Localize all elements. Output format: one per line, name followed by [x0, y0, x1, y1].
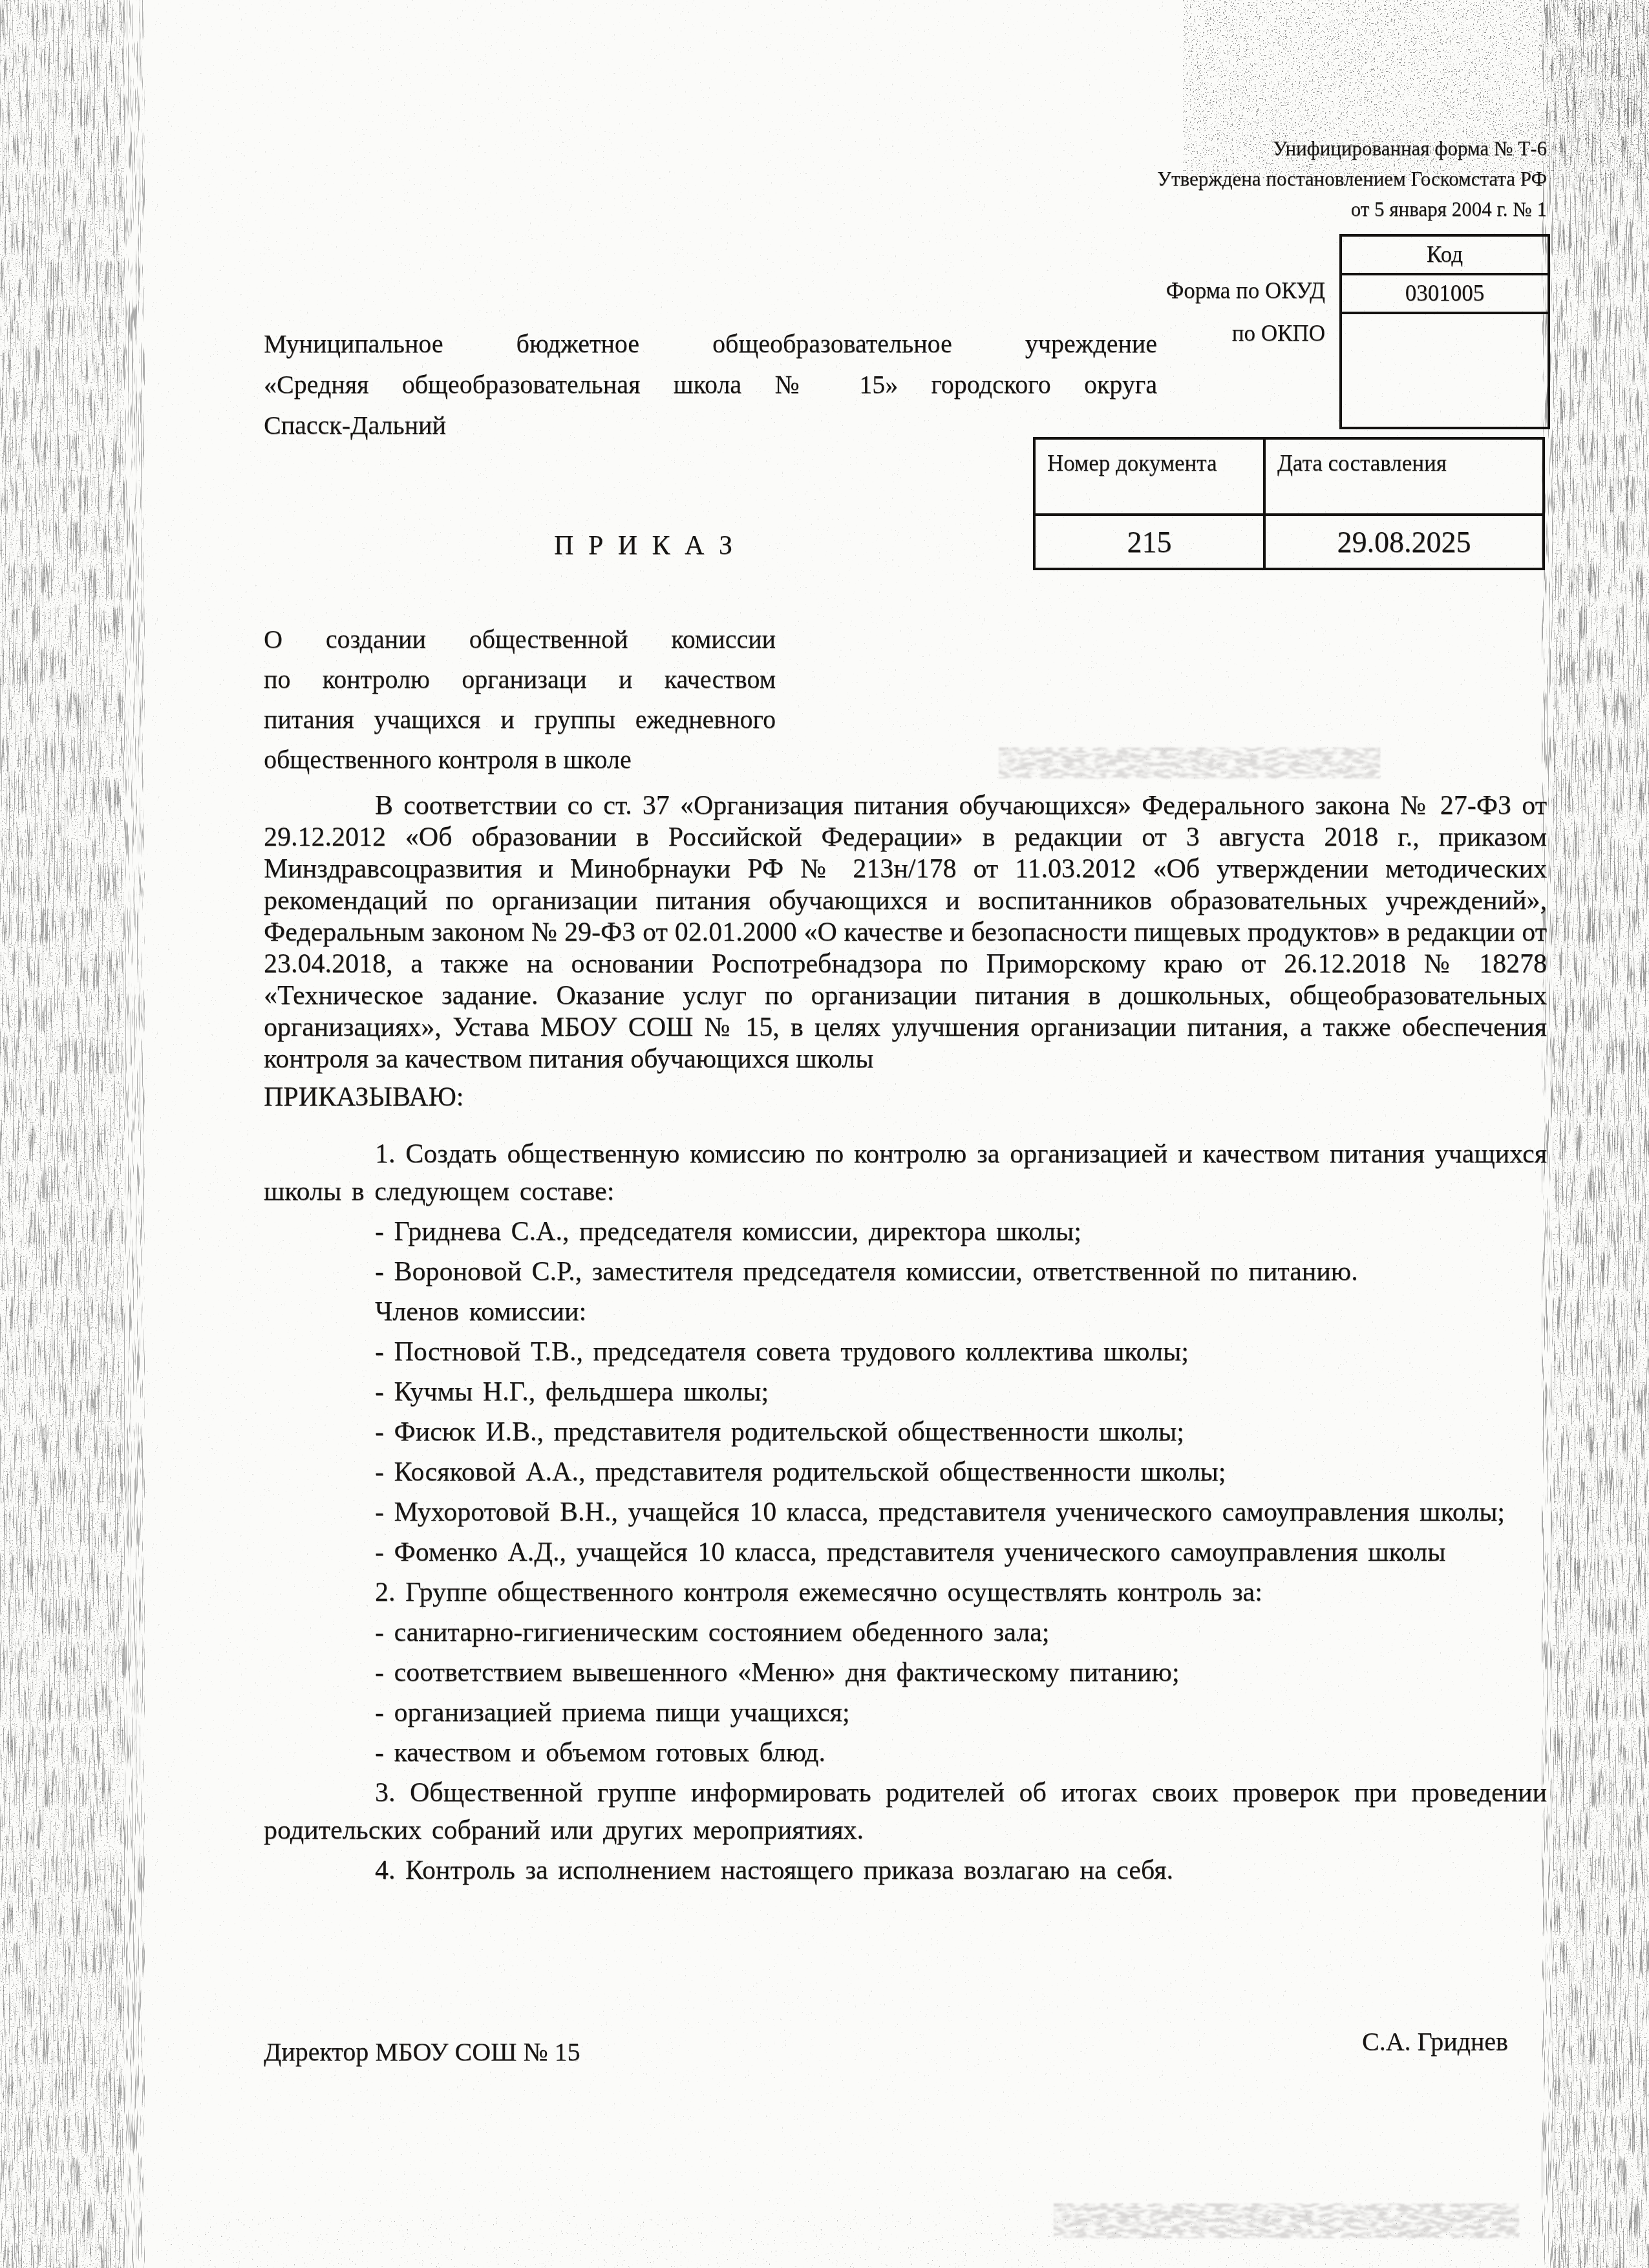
paragraph-member: - Гриднева С.А., председателя комиссии, … — [264, 1213, 1547, 1250]
okud-label: Форма по ОКУД — [937, 278, 1325, 304]
form-note-line: от 5 января 2004 г. № 1 — [763, 194, 1547, 224]
paragraph-item-4: 4. Контроль за исполнением настоящего пр… — [264, 1852, 1547, 1889]
paragraph-member: - Вороновой С.Р., заместителя председате… — [264, 1253, 1547, 1290]
paragraph-member: - Фоменко А.Д., учащейся 10 класса, пред… — [264, 1534, 1547, 1571]
paragraph-item-1: 1. Создать общественную комиссию по конт… — [264, 1135, 1547, 1210]
order-subject-line: общественного контроля в школе — [264, 740, 776, 780]
organization-name-line: «Средняя общеобразовательная школа № 15»… — [264, 364, 1157, 405]
scan-noise-left-streaks — [0, 0, 145, 2268]
document-info-table: Номер документа Дата составления 215 29.… — [1033, 437, 1545, 570]
paragraph-control-point: - санитарно-гигиеническим состоянием обе… — [264, 1614, 1547, 1651]
document-number-value: 215 — [1036, 513, 1263, 568]
scan-noise-right-streaks — [1542, 0, 1649, 2268]
paragraph-member: - Кучмы Н.Г., фельдшера школы; — [264, 1373, 1547, 1411]
paragraph-member: - Мухоротовой В.Н., учащейся 10 класса, … — [264, 1493, 1547, 1531]
document-date-header: Дата составления — [1263, 440, 1542, 513]
order-subject-line: питания учащихся и группы ежедневного — [264, 700, 776, 740]
organization-name-line: Спасск-Дальний — [264, 405, 1157, 445]
signature-block: Директор МБОУ СОШ № 15 С.А. Гриднев — [264, 2037, 1547, 2067]
paragraph-control-point: - организацией приема пищи учащихся; — [264, 1694, 1547, 1731]
paragraph-item-2: 2. Группе общественного контроля ежемеся… — [264, 1574, 1547, 1611]
scan-noise-right-speckle — [1553, 0, 1649, 2268]
form-note: Унифицированная форма № Т-6 Утверждена п… — [763, 133, 1547, 224]
form-note-line: Утверждена постановлением Госкомстата РФ — [763, 164, 1547, 194]
organization-name: Муниципальное бюджетное общеобразователь… — [264, 323, 1157, 445]
code-table: Код 0301005 — [1339, 234, 1550, 429]
form-note-line: Унифицированная форма № Т-6 — [763, 133, 1547, 164]
paragraph-member: - Косяковой А.А., представителя родитель… — [264, 1453, 1547, 1491]
paragraph-control-point: - качеством и объемом готовых блюд. — [264, 1734, 1547, 1771]
scan-noise-bottom-edge — [162, 2216, 1649, 2268]
paragraph-control-point: - соответствием вывешенного «Меню» дня ф… — [264, 1654, 1547, 1691]
scan-noise-left-speckle — [0, 0, 124, 2268]
scan-bleedthrough-smudge-bottom — [1054, 2203, 1519, 2238]
order-title: П Р И К А З — [264, 530, 1027, 561]
order-subject: О создании общественной комиссии по конт… — [264, 619, 776, 780]
paragraph-member: - Фисюк И.В., представителя родительской… — [264, 1413, 1547, 1451]
code-table-header: Код — [1342, 237, 1548, 273]
order-subject-line: О создании общественной комиссии — [264, 619, 776, 659]
scan-bleedthrough-smudge-middle — [999, 747, 1380, 778]
order-subject-line: по контролю организаци и качеством — [264, 659, 776, 700]
okud-code-cell: 0301005 — [1342, 273, 1548, 312]
paragraph-members-heading: Членов комиссии: — [264, 1293, 1547, 1331]
document-number-header: Номер документа — [1036, 440, 1263, 513]
organization-name-line: Муниципальное бюджетное общеобразователь… — [264, 323, 1157, 364]
okpo-code-cell — [1342, 312, 1548, 427]
document-date-value: 29.08.2025 — [1263, 513, 1542, 568]
paragraph-decree-word: ПРИКАЗЫВАЮ: — [264, 1082, 1547, 1113]
signature-position: Директор МБОУ СОШ № 15 — [264, 2037, 580, 2067]
signature-name: С.А. Гриднев — [1362, 2026, 1547, 2057]
order-body: В соответствии со ст. 37 «Организация пи… — [264, 790, 1547, 1889]
paragraph-item-3: 3. Общественной группе информировать род… — [264, 1774, 1547, 1849]
paragraph-member: - Постновой Т.В., председателя совета тр… — [264, 1333, 1547, 1371]
paragraph-preamble: В соответствии со ст. 37 «Организация пи… — [264, 790, 1547, 1075]
scanned-order-page: Унифицированная форма № Т-6 Утверждена п… — [0, 0, 1649, 2268]
